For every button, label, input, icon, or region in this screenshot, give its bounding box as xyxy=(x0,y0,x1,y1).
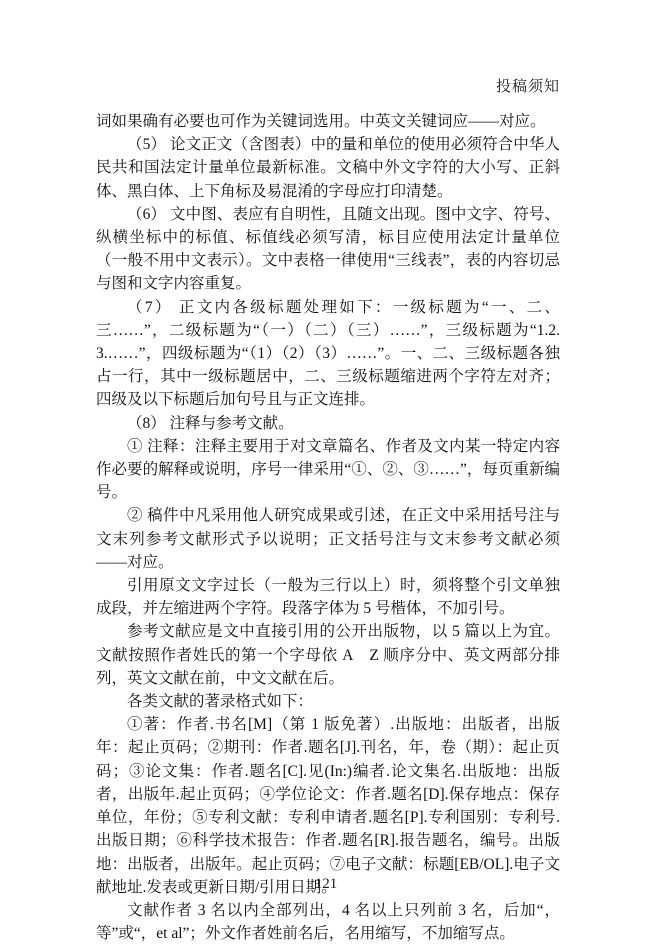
paragraph-quotation-rule: 引用原文文字过长（一般为三行以上）时，须将整个引文单独成段，并左缩进两个字符。段… xyxy=(96,574,560,620)
running-head-title: 投稿须知 xyxy=(96,75,560,96)
paragraph-item-6: （6） 文中图、表应有自明性，且随文出现。图中文字、符号、纵横坐标中的标值、标值… xyxy=(96,203,560,296)
document-body: 词如果确有必要也可作为关键词选用。中英文关键词应——对应。 （5） 论文正文（含… xyxy=(96,110,560,945)
paragraph-author-rule: 文献作者 3 名以内全部列出，4 名以上只列前 3 名，后加“，等”或“，et … xyxy=(96,899,560,945)
paragraph-reference-order: 参考文献应是文中直接引用的公开出版物，以 5 篇以上为宜。文献按照作者姓氏的第一… xyxy=(96,620,560,690)
paragraph-citation-formats: ①著：作者.书名[M]（第 1 版免著）.出版地：出版者，出版年：起止页码；②期… xyxy=(96,713,560,899)
paragraph-format-intro: 各类文献的著录格式如下： xyxy=(96,690,560,713)
paragraph-item-8: （8） 注释与参考文献。 xyxy=(96,412,560,435)
page-number: 121 xyxy=(0,876,652,893)
document-page: 投稿须知 词如果确有必要也可作为关键词选用。中英文关键词应——对应。 （5） 论… xyxy=(0,0,652,949)
paragraph-continuation: 词如果确有必要也可作为关键词选用。中英文关键词应——对应。 xyxy=(96,110,560,133)
paragraph-note-1: ① 注释：注释主要用于对文章篇名、作者及文内某一特定内容作必要的解释或说明，序号… xyxy=(96,435,560,505)
paragraph-item-7: （7） 正文内各级标题处理如下：一级标题为“一、二、三……”，二级标题为“（一）… xyxy=(96,296,560,412)
paragraph-note-2: ② 稿件中凡采用他人研究成果或引述，在正文中采用括号注与文末列参考文献形式予以说… xyxy=(96,504,560,574)
paragraph-item-5: （5） 论文正文（含图表）中的量和单位的使用必须符合中华人民共和国法定计量单位最… xyxy=(96,133,560,203)
